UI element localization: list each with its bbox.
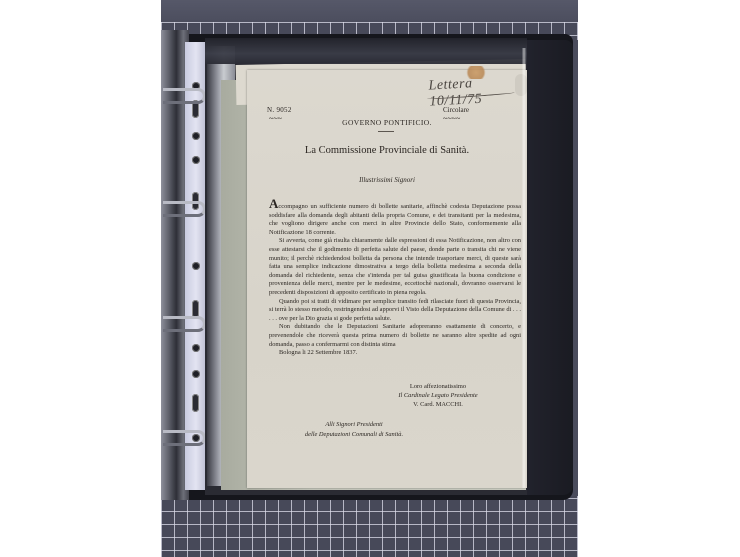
punched-sleeve-strip: [185, 42, 207, 490]
photograph: Lettera 10/11/75 N. 9052 ~~~ Circolare ~…: [161, 0, 578, 557]
sleeve-reflection: [522, 48, 526, 488]
circular-label: Circolare: [443, 106, 469, 114]
punch-hole: [192, 344, 200, 352]
drop-cap: A: [269, 196, 278, 211]
addressee-line: Alli Signori Presidenti: [269, 420, 439, 430]
paragraph: Accompagno un sufficiente numero di boll…: [269, 200, 521, 237]
paragraph: Quando poi si tratti di vidimare per sem…: [269, 298, 521, 324]
binder-ring: [163, 430, 206, 446]
circular-number: N. 9052: [267, 106, 292, 114]
punch-hole: [192, 156, 200, 164]
binder-ring: [163, 88, 206, 104]
addressee-line: delle Deputazioni Comunali di Sanità.: [269, 430, 439, 440]
heading: GOVERNO PONTIFICIO.: [247, 118, 527, 127]
printed-circular: Lettera 10/11/75 N. 9052 ~~~ Circolare ~…: [247, 70, 527, 488]
punch-hole: [192, 132, 200, 140]
cutting-mat-grid-bottom: [161, 496, 578, 557]
punch-hole: [192, 262, 200, 270]
signatory-role: Il Cardinale Legato Presidente: [363, 391, 513, 400]
addressee-block: Alli Signori Presidenti delle Deputazion…: [269, 420, 439, 440]
signatory-name: V. Card. MACCHI.: [363, 400, 513, 409]
punch-hole: [192, 370, 200, 378]
paragraph: Non dubitando che le Deputazioni Sanitar…: [269, 323, 521, 349]
closing: Loro affezionatissimo: [363, 382, 513, 391]
sleeve-top-band: [205, 38, 527, 64]
cutting-mat-top: [161, 0, 578, 24]
document-body: Accompagno un sufficiente numero di boll…: [269, 200, 521, 358]
salutation: Illustrissimi Signori: [247, 176, 527, 184]
binder-ring: [163, 201, 206, 217]
document-title: La Commissione Provinciale di Sanità.: [247, 145, 527, 156]
signature-block: Loro affezionatissimo Il Cardinale Legat…: [363, 382, 513, 409]
paragraph: Si avverta, come già risulta chiaramente…: [269, 237, 521, 297]
place-date: Bologna li 22 Settembre 1837.: [269, 349, 521, 358]
punch-slot: [192, 394, 199, 412]
heading-rule: [378, 131, 394, 132]
binder-ring: [163, 316, 206, 332]
